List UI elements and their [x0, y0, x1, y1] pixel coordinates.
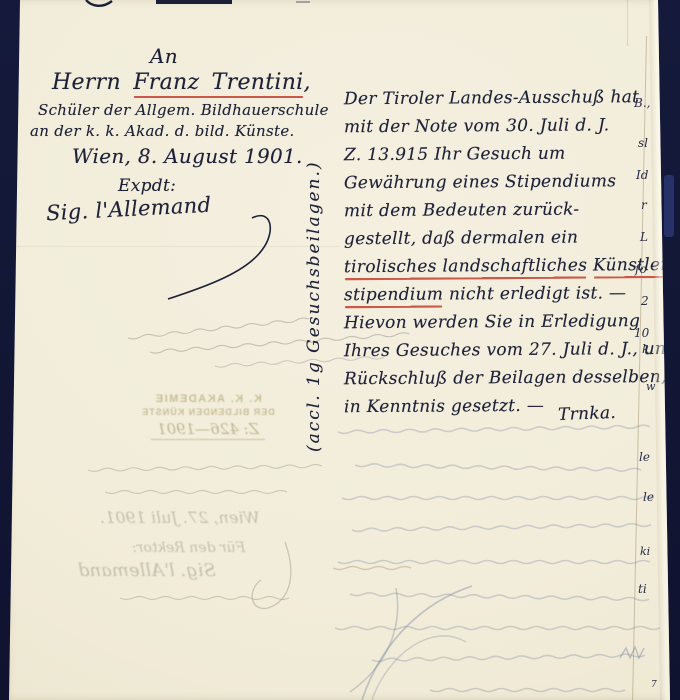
edge-mark: B.,: [634, 96, 650, 110]
showthrough-scrawl-1: [362, 586, 472, 700]
showthrough-line: [335, 627, 660, 630]
showthrough-line: [338, 425, 650, 433]
showthrough-note-line: Sig. l'Allemand: [78, 560, 216, 581]
expedit-label: Expdt:: [118, 176, 176, 196]
showthrough-line: [105, 491, 287, 494]
showthrough-note-line: Wien, 27. Juli 1901.: [100, 508, 260, 527]
signature-flourish: [168, 216, 270, 299]
body-text: Gewährung eines Stipendiums: [344, 171, 616, 193]
body-text: Ihres Gesuches vom 27. Juli d. J., unter: [344, 339, 680, 361]
edge-mark: L: [640, 230, 648, 244]
marginal-note: (accl. 1g Gesuchsbeilagen.): [304, 160, 324, 452]
stamp-line-2: DER BILDENDEN KÜNSTE: [118, 407, 298, 417]
showthrough-line: [88, 464, 322, 471]
body-text: in Kenntnis gesetzt. —: [344, 396, 544, 417]
body-line: Rückschluß der Beilagen desselben,: [344, 363, 680, 393]
edge-mark: w: [646, 380, 655, 393]
cropped-ink-mark: [86, 0, 112, 6]
edge-mark: r: [641, 198, 647, 212]
showthrough-line: [430, 689, 625, 692]
showthrough-line: [338, 561, 650, 564]
body-line: Z. 13.915 Ihr Gesuch um: [344, 139, 680, 169]
salutation: An: [150, 44, 178, 68]
edge-mark: Id: [636, 168, 648, 182]
showthrough-line: [350, 593, 649, 601]
edge-mark: fo: [635, 262, 647, 276]
cropped-stamp-bar: [156, 0, 232, 4]
document-page: An Herrn Franz Trentini, Schüler der All…: [0, 0, 680, 700]
red-underlined-phrase: tirolisches landschaftliches: [344, 256, 587, 279]
expedit-signature: Sig. l'Allemand: [45, 193, 211, 226]
body-line: mit dem Bedeuten zurück-: [344, 195, 680, 225]
paper-crease: [10, 246, 340, 247]
body-text: Hievon werden Sie in Erledigung: [344, 311, 640, 333]
showthrough-scrawl-3: [372, 636, 466, 700]
showthrough-line: [120, 597, 289, 600]
edge-mark: ki: [640, 545, 650, 558]
edge-mark: k,: [642, 342, 653, 356]
stamp-line-1: K. K. AKADEMIE: [118, 393, 298, 405]
showthrough-scrawl-2: [350, 588, 398, 692]
body-line: stipendium nicht erledigt ist. —: [344, 279, 680, 309]
cropped-mark-small: [296, 1, 310, 3]
address-line-1: Schüler der Allgem. Bildhauerschule: [38, 101, 329, 119]
body-text: Der Tiroler Landes-Ausschuß hat: [344, 87, 639, 109]
addressee-line: Herrn Franz Trentini,: [52, 70, 311, 95]
addressee-name: Franz Trentini: [133, 70, 303, 96]
body-line: tirolisches landschaftliches Künstler-: [344, 251, 680, 281]
address-line-2: an der k. k. Akad. d. bild. Künste.: [30, 122, 295, 140]
addressee-suffix: ,: [304, 70, 311, 95]
edge-mark: le: [643, 490, 654, 504]
red-underlined-phrase: stipendium: [344, 285, 443, 307]
body-line: Der Tiroler Landes-Ausschuß hat: [344, 83, 680, 113]
body-line: Gewährung eines Stipendiums: [344, 167, 680, 197]
showthrough-line: [352, 523, 651, 531]
body-line: gestellt, daß dermalen ein: [344, 223, 680, 253]
showthrough-note-line: Für den Rektor:: [132, 540, 245, 556]
body-line: in Kenntnis gesetzt. —: [344, 391, 680, 421]
edge-mark: 10: [634, 326, 649, 340]
body-text: gestellt, daß dermalen ein: [344, 228, 578, 250]
edge-mark: sl: [638, 136, 648, 150]
showthrough-line: [372, 654, 645, 662]
showthrough-stamp: K. K. AKADEMIE DER BILDENDEN KÜNSTE Z: 4…: [118, 393, 298, 440]
edge-mark: 2: [641, 294, 649, 308]
showthrough-line: [333, 567, 411, 570]
body-line: Ihres Gesuches vom 27. Juli d. J., unter: [344, 335, 680, 365]
dateline: Wien, 8. August 1901.: [72, 144, 303, 168]
addressee-prefix: Herrn: [52, 70, 133, 95]
body-text: mit der Note vom 30. Juli d. J.: [344, 115, 610, 137]
body-text: Z. 13.915 Ihr Gesuch um: [344, 144, 566, 166]
letter-body: Der Tiroler Landes-Ausschuß hatmit der N…: [344, 84, 680, 420]
edge-mark: le: [639, 450, 650, 464]
stamp-number: Z: 426—1901: [151, 420, 265, 440]
showthrough-line: [128, 317, 309, 339]
showthrough-line: [355, 464, 641, 472]
edge-mark: ti: [638, 582, 647, 596]
body-text: Rückschluß der Beilagen desselben,: [344, 367, 667, 389]
body-line: Hievon werden Sie in Erledigung: [344, 307, 680, 337]
showthrough-signature-flourish: [252, 542, 291, 608]
body-line: mit der Note vom 30. Juli d. J.: [344, 111, 680, 141]
edge-mark: 7: [651, 680, 657, 690]
body-text: mit dem Bedeuten zurück-: [344, 200, 580, 222]
page-fold-line-top: [627, 0, 628, 46]
body-text: nicht erledigt ist. —: [443, 283, 626, 304]
archive-photo: An Herrn Franz Trentini, Schüler der All…: [0, 0, 680, 700]
body-signature: Trnka.: [558, 403, 617, 425]
showthrough-line: [342, 497, 654, 500]
binding-glint: [664, 175, 674, 237]
